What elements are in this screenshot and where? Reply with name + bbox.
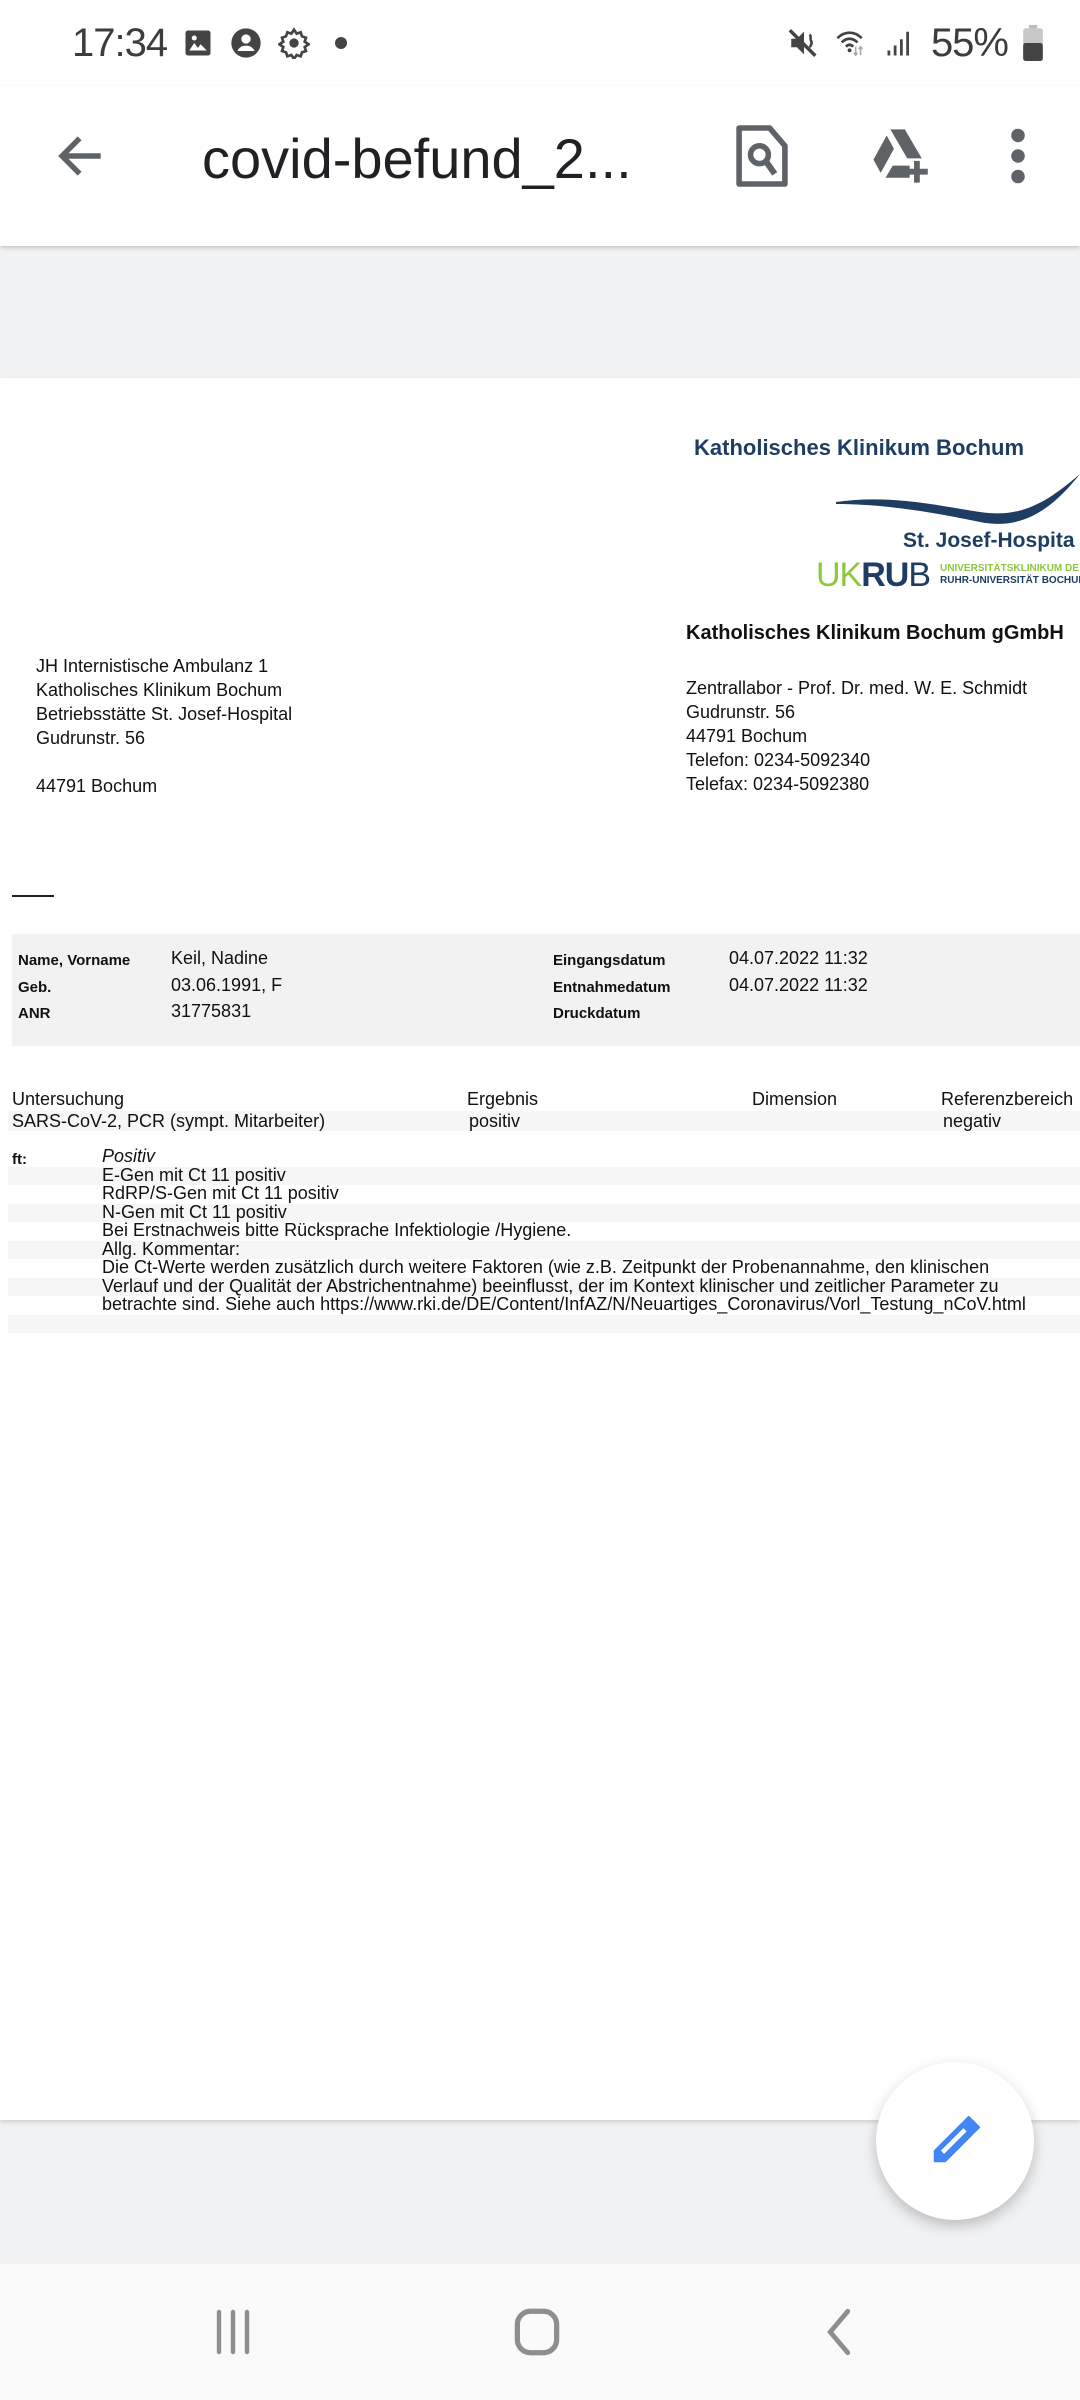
column-reference: Referenzbereich bbox=[941, 1087, 1073, 1111]
cell-reference: negativ bbox=[943, 1109, 1001, 1133]
home-icon bbox=[513, 2308, 561, 2356]
battery-icon bbox=[1022, 26, 1044, 60]
add-to-drive-button[interactable] bbox=[864, 120, 936, 192]
results-header: Untersuchung Ergebnis Dimension Referenz… bbox=[0, 1087, 1080, 1111]
status-time: 17:34 bbox=[72, 21, 167, 66]
back-button[interactable] bbox=[48, 124, 112, 188]
drive-add-icon bbox=[868, 127, 932, 185]
status-left: 17:34 bbox=[72, 21, 347, 66]
mute-icon bbox=[787, 26, 821, 60]
account-icon bbox=[229, 26, 263, 60]
finding-text: N-Gen mit Ct 11 positiv bbox=[102, 1202, 287, 1222]
battery-percent: 55% bbox=[931, 21, 1008, 66]
home-button[interactable] bbox=[492, 2298, 582, 2366]
finding-text: betrachte sind. Siehe auch https://www.r… bbox=[102, 1294, 1026, 1314]
arrow-back-icon bbox=[53, 129, 107, 183]
notification-dot-icon bbox=[335, 37, 347, 49]
finding-text: Positiv bbox=[102, 1146, 155, 1166]
system-nav-bar bbox=[0, 2264, 1080, 2400]
sample-date-label: Entnahmedatum bbox=[553, 976, 671, 1000]
back-chevron-icon bbox=[822, 2308, 856, 2356]
dob-value: 03.06.1991, F bbox=[171, 973, 282, 997]
finding-text: E-Gen mit Ct 11 positiv bbox=[102, 1165, 286, 1185]
address-line: Gudrunstr. 56 bbox=[36, 726, 292, 750]
dob-label: Geb. bbox=[18, 976, 51, 1000]
finding-text: Allg. Kommentar: bbox=[102, 1239, 240, 1259]
recent-apps-button[interactable] bbox=[188, 2298, 278, 2366]
more-vert-icon bbox=[1008, 127, 1028, 185]
document-title: covid-befund_2... bbox=[202, 126, 632, 191]
recent-apps-icon bbox=[211, 2309, 255, 2355]
finding-line bbox=[8, 1315, 1080, 1334]
cell-result: positiv bbox=[469, 1109, 520, 1133]
sample-date-value: 04.07.2022 11:32 bbox=[729, 973, 868, 997]
logo-ukrub: UKRUB UNIVERSITÄTSKLINIKUM DE RUHR-UNIVE… bbox=[816, 558, 1080, 592]
ukrub-line2: RUHR-UNIVERSITÄT BOCHUM bbox=[940, 575, 1080, 587]
address-line: Telefax: 0234-5092380 bbox=[686, 772, 1027, 796]
more-options-button[interactable] bbox=[982, 120, 1054, 192]
ukrub-b: B bbox=[908, 556, 930, 594]
address-line: Gudrunstr. 56 bbox=[686, 700, 1027, 724]
edit-pencil-icon bbox=[925, 2111, 985, 2171]
find-in-page-icon bbox=[734, 125, 790, 187]
company-name: Katholisches Klinikum Bochum gGmbH bbox=[686, 621, 1064, 645]
status-bar: 17:34 55% bbox=[0, 0, 1080, 86]
name-value: Keil, Nadine bbox=[171, 946, 268, 970]
recipient-address: JH Internistische Ambulanz 1 Katholische… bbox=[36, 654, 292, 798]
print-date-label: Druckdatum bbox=[553, 1002, 641, 1026]
find-in-page-button[interactable] bbox=[726, 120, 798, 192]
address-line: JH Internistische Ambulanz 1 bbox=[36, 654, 292, 678]
received-date-label: Eingangsdatum bbox=[553, 949, 666, 973]
address-line: 44791 Bochum bbox=[36, 774, 292, 798]
gallery-icon bbox=[181, 26, 215, 60]
finding-text: RdRP/S-Gen mit Ct 11 positiv bbox=[102, 1183, 339, 1203]
received-date-value: 04.07.2022 11:32 bbox=[729, 946, 868, 970]
logo-hospital-name: St. Josef-Hospita bbox=[903, 529, 1075, 553]
settings-icon bbox=[277, 26, 311, 60]
address-line: Katholisches Klinikum Bochum bbox=[36, 678, 292, 702]
column-test: Untersuchung bbox=[12, 1087, 124, 1111]
address-line: 44791 Bochum bbox=[686, 724, 1027, 748]
finding-line: betrachte sind. Siehe auch https://www.r… bbox=[8, 1296, 1080, 1315]
ukrub-subtitle: UNIVERSITÄTSKLINIKUM DE RUHR-UNIVERSITÄT… bbox=[940, 563, 1080, 587]
viewer-background bbox=[0, 246, 1080, 378]
divider bbox=[12, 895, 54, 897]
logo-swoosh bbox=[830, 434, 1080, 524]
screen: 17:34 55% bbox=[0, 0, 1080, 2400]
back-nav-button[interactable] bbox=[794, 2298, 884, 2366]
address-line: Telefon: 0234-5092340 bbox=[686, 748, 1027, 772]
address-spacer bbox=[36, 750, 292, 774]
name-label: Name, Vorname bbox=[18, 949, 130, 973]
table-row: SARS-CoV-2, PCR (sympt. Mitarbeiter) pos… bbox=[8, 1111, 1080, 1131]
address-line: Betriebsstätte St. Josef-Hospital bbox=[36, 702, 292, 726]
ukrub-uk: UK bbox=[816, 556, 861, 594]
finding-text: Die Ct-Werte werden zusätzlich durch wei… bbox=[102, 1257, 989, 1277]
app-bar: covid-befund_2... bbox=[0, 86, 1080, 246]
anr-value: 31775831 bbox=[171, 999, 251, 1023]
ukrub-mark: UKRUB bbox=[816, 558, 930, 592]
address-line: Zentrallabor - Prof. Dr. med. W. E. Schm… bbox=[686, 676, 1027, 700]
pdf-page[interactable]: Katholisches Klinikum Bochum St. Josef-H… bbox=[0, 378, 1080, 2120]
wifi-icon bbox=[835, 26, 869, 60]
ukrub-line1: UNIVERSITÄTSKLINIKUM DE bbox=[940, 563, 1080, 575]
anr-label: ANR bbox=[18, 1002, 51, 1026]
lab-address: Zentrallabor - Prof. Dr. med. W. E. Schm… bbox=[686, 676, 1027, 796]
edit-fab-button[interactable] bbox=[876, 2062, 1034, 2220]
signal-icon bbox=[883, 26, 917, 60]
status-right: 55% bbox=[787, 21, 1044, 66]
finding-text: Verlauf und der Qualität der Abstrichent… bbox=[102, 1276, 998, 1296]
column-result: Ergebnis bbox=[467, 1087, 538, 1111]
column-unit: Dimension bbox=[752, 1087, 837, 1111]
finding-text: Bei Erstnachweis bitte Rücksprache Infek… bbox=[102, 1220, 571, 1240]
ukrub-ru: RU bbox=[861, 556, 908, 594]
patient-info-box: Name, Vorname Keil, Nadine Geb. 03.06.19… bbox=[12, 934, 1080, 1046]
cell-test: SARS-CoV-2, PCR (sympt. Mitarbeiter) bbox=[12, 1109, 325, 1133]
